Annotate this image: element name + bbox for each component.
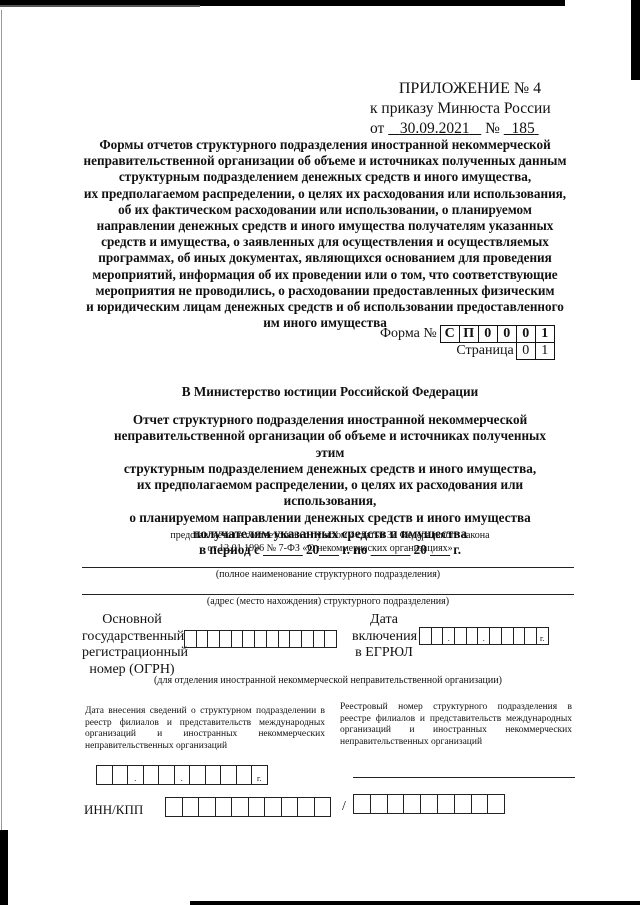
registry-date-cell[interactable] [112,765,129,785]
appendix-order-line: от 30.09.2021 № 185 [370,119,560,139]
registry-date-cell[interactable] [189,765,206,785]
heading-line: об их фактическом расходовании или испол… [82,202,568,218]
heading-line: и юридическим лицам денежных средств и о… [82,299,568,315]
page-cell: 1 [535,342,555,360]
inn-cell[interactable] [215,797,233,817]
kpp-input[interactable] [354,794,505,814]
appendix-header: ПРИЛОЖЕНИЕ № 4 к приказу Минюста России … [370,79,560,139]
kpp-cell[interactable] [420,794,438,814]
egrul-date-input[interactable]: . . г. [420,627,549,645]
inn-cell[interactable] [182,797,200,817]
scan-border-left [0,830,8,905]
form-code-cell: 1 [535,325,555,343]
page-cell: 0 [516,342,536,360]
heading-line: средств и имущества, о заявленных для ос… [82,234,568,250]
heading-line: мероприятия не проводились, о расходован… [82,283,568,299]
kpp-cell[interactable] [487,794,505,814]
page-cells: 0 1 [517,342,555,360]
registry-date-cell[interactable]: . [174,765,191,785]
kpp-cell[interactable] [471,794,489,814]
egrul-date-label: Дата включения в ЕГРЮЛ [352,612,416,662]
from-label: от [370,120,384,137]
kpp-cell[interactable] [454,794,472,814]
egrul-label-line: Дата [352,612,416,629]
inn-input[interactable] [166,797,331,817]
scan-border-top-shade [0,5,200,7]
registry-number-text: Реестровый номер структурного подразделе… [340,702,572,748]
kpp-cell[interactable] [370,794,388,814]
number-label: № [485,120,500,137]
heading-line: структурным подразделением денежных сред… [82,169,568,185]
report-line: структурным подразделением денежных сред… [100,461,560,477]
scan-edge-line [1,10,2,830]
legal-line-1: представляется в соответствии с пунктом … [150,530,510,543]
registry-date-cell[interactable]: . [127,765,144,785]
egrul-label-line: включения [352,629,416,646]
date-cell[interactable]: г. [536,627,549,645]
heading-line: их предполагаемом распределении, о целях… [82,186,568,202]
registry-date-cell[interactable] [220,765,237,785]
heading-line: мероприятий, информация об их проведении… [82,267,568,283]
report-line: их предполагаемом распределении, о целях… [100,477,560,510]
page-label: Страница [456,343,513,359]
form-code-cell: С [440,325,460,343]
ogrn-cell[interactable] [324,630,337,648]
inn-cell[interactable] [248,797,266,817]
heading-line: неправительственной организации об объем… [82,153,568,169]
appendix-subtitle: к приказу Минюста России [370,99,560,119]
registry-number-field[interactable] [353,777,575,778]
full-name-field[interactable] [82,567,574,568]
egrul-label-line: в ЕГРЮЛ [352,645,416,662]
kpp-cell[interactable] [403,794,421,814]
registry-date-cell[interactable] [96,765,113,785]
order-number: 185 [504,120,539,137]
inn-cell[interactable] [281,797,299,817]
form-number-label: Форма № [380,326,437,342]
registry-date-cell[interactable] [205,765,222,785]
registry-date-cell[interactable] [158,765,175,785]
ogrn-input[interactable] [185,630,337,648]
kpp-cell[interactable] [353,794,371,814]
form-code-cells: С П 0 0 0 1 [441,325,555,343]
report-line: о планируемом направлении денежных средс… [100,510,560,526]
legal-basis: представляется в соответствии с пунктом … [150,530,510,555]
ogrn-label-line: государственный [82,629,182,646]
kpp-cell[interactable] [387,794,405,814]
registry-date-cell[interactable] [236,765,253,785]
report-line: неправительственной организации об объем… [100,428,560,461]
heading-line: программах, об иных документах, являющих… [82,250,568,266]
full-name-caption: (полное наименование структурного подраз… [82,569,574,580]
registry-date-cell[interactable] [143,765,160,785]
registry-date-input[interactable]: . . г. [97,765,268,785]
scan-border-right [631,0,640,80]
inn-cell[interactable] [297,797,315,817]
heading-line: направлении денежных средств и иного иму… [82,218,568,234]
inn-cell[interactable] [198,797,216,817]
scan-border-bottom [190,901,640,905]
branch-caption: (для отделения иностранной некоммерческо… [82,675,574,686]
inn-cell[interactable] [165,797,183,817]
inn-cell[interactable] [314,797,332,817]
ogrn-label-line: регистрационный [82,645,182,662]
appendix-title: ПРИЛОЖЕНИЕ № 4 [370,79,560,99]
forms-heading: Формы отчетов структурного подразделения… [82,137,568,331]
registry-date-text: Дата внесения сведений о структурном под… [85,706,325,752]
form-code-cell: 0 [478,325,498,343]
ogrn-label-line: Основной [82,612,182,629]
heading-line: Формы отчетов структурного подразделения… [82,137,568,153]
inn-cell[interactable] [231,797,249,817]
legal-line-2: от 12.01.1996 № 7-ФЗ «О некоммерческих о… [150,543,510,556]
form-code-cell: 0 [497,325,517,343]
form-code-block: Форма № С П 0 0 0 1 Страница 0 1 [380,325,555,360]
address-caption: (адрес (место нахождения) структурного п… [82,596,574,607]
inn-kpp-label: ИНН/КПП [84,802,143,818]
kpp-cell[interactable] [437,794,455,814]
inn-kpp-separator: / [342,799,346,815]
address-field[interactable] [82,594,574,595]
addressee: В Министерство юстиции Российской Федера… [100,384,560,400]
form-code-cell: П [459,325,479,343]
ogrn-label: Основной государственный регистрационный… [82,612,182,678]
inn-cell[interactable] [264,797,282,817]
report-line: Отчет структурного подразделения иностра… [100,412,560,428]
form-code-cell: 0 [516,325,536,343]
registry-date-cell[interactable]: г. [251,765,268,785]
order-date: 30.09.2021 [388,120,481,137]
